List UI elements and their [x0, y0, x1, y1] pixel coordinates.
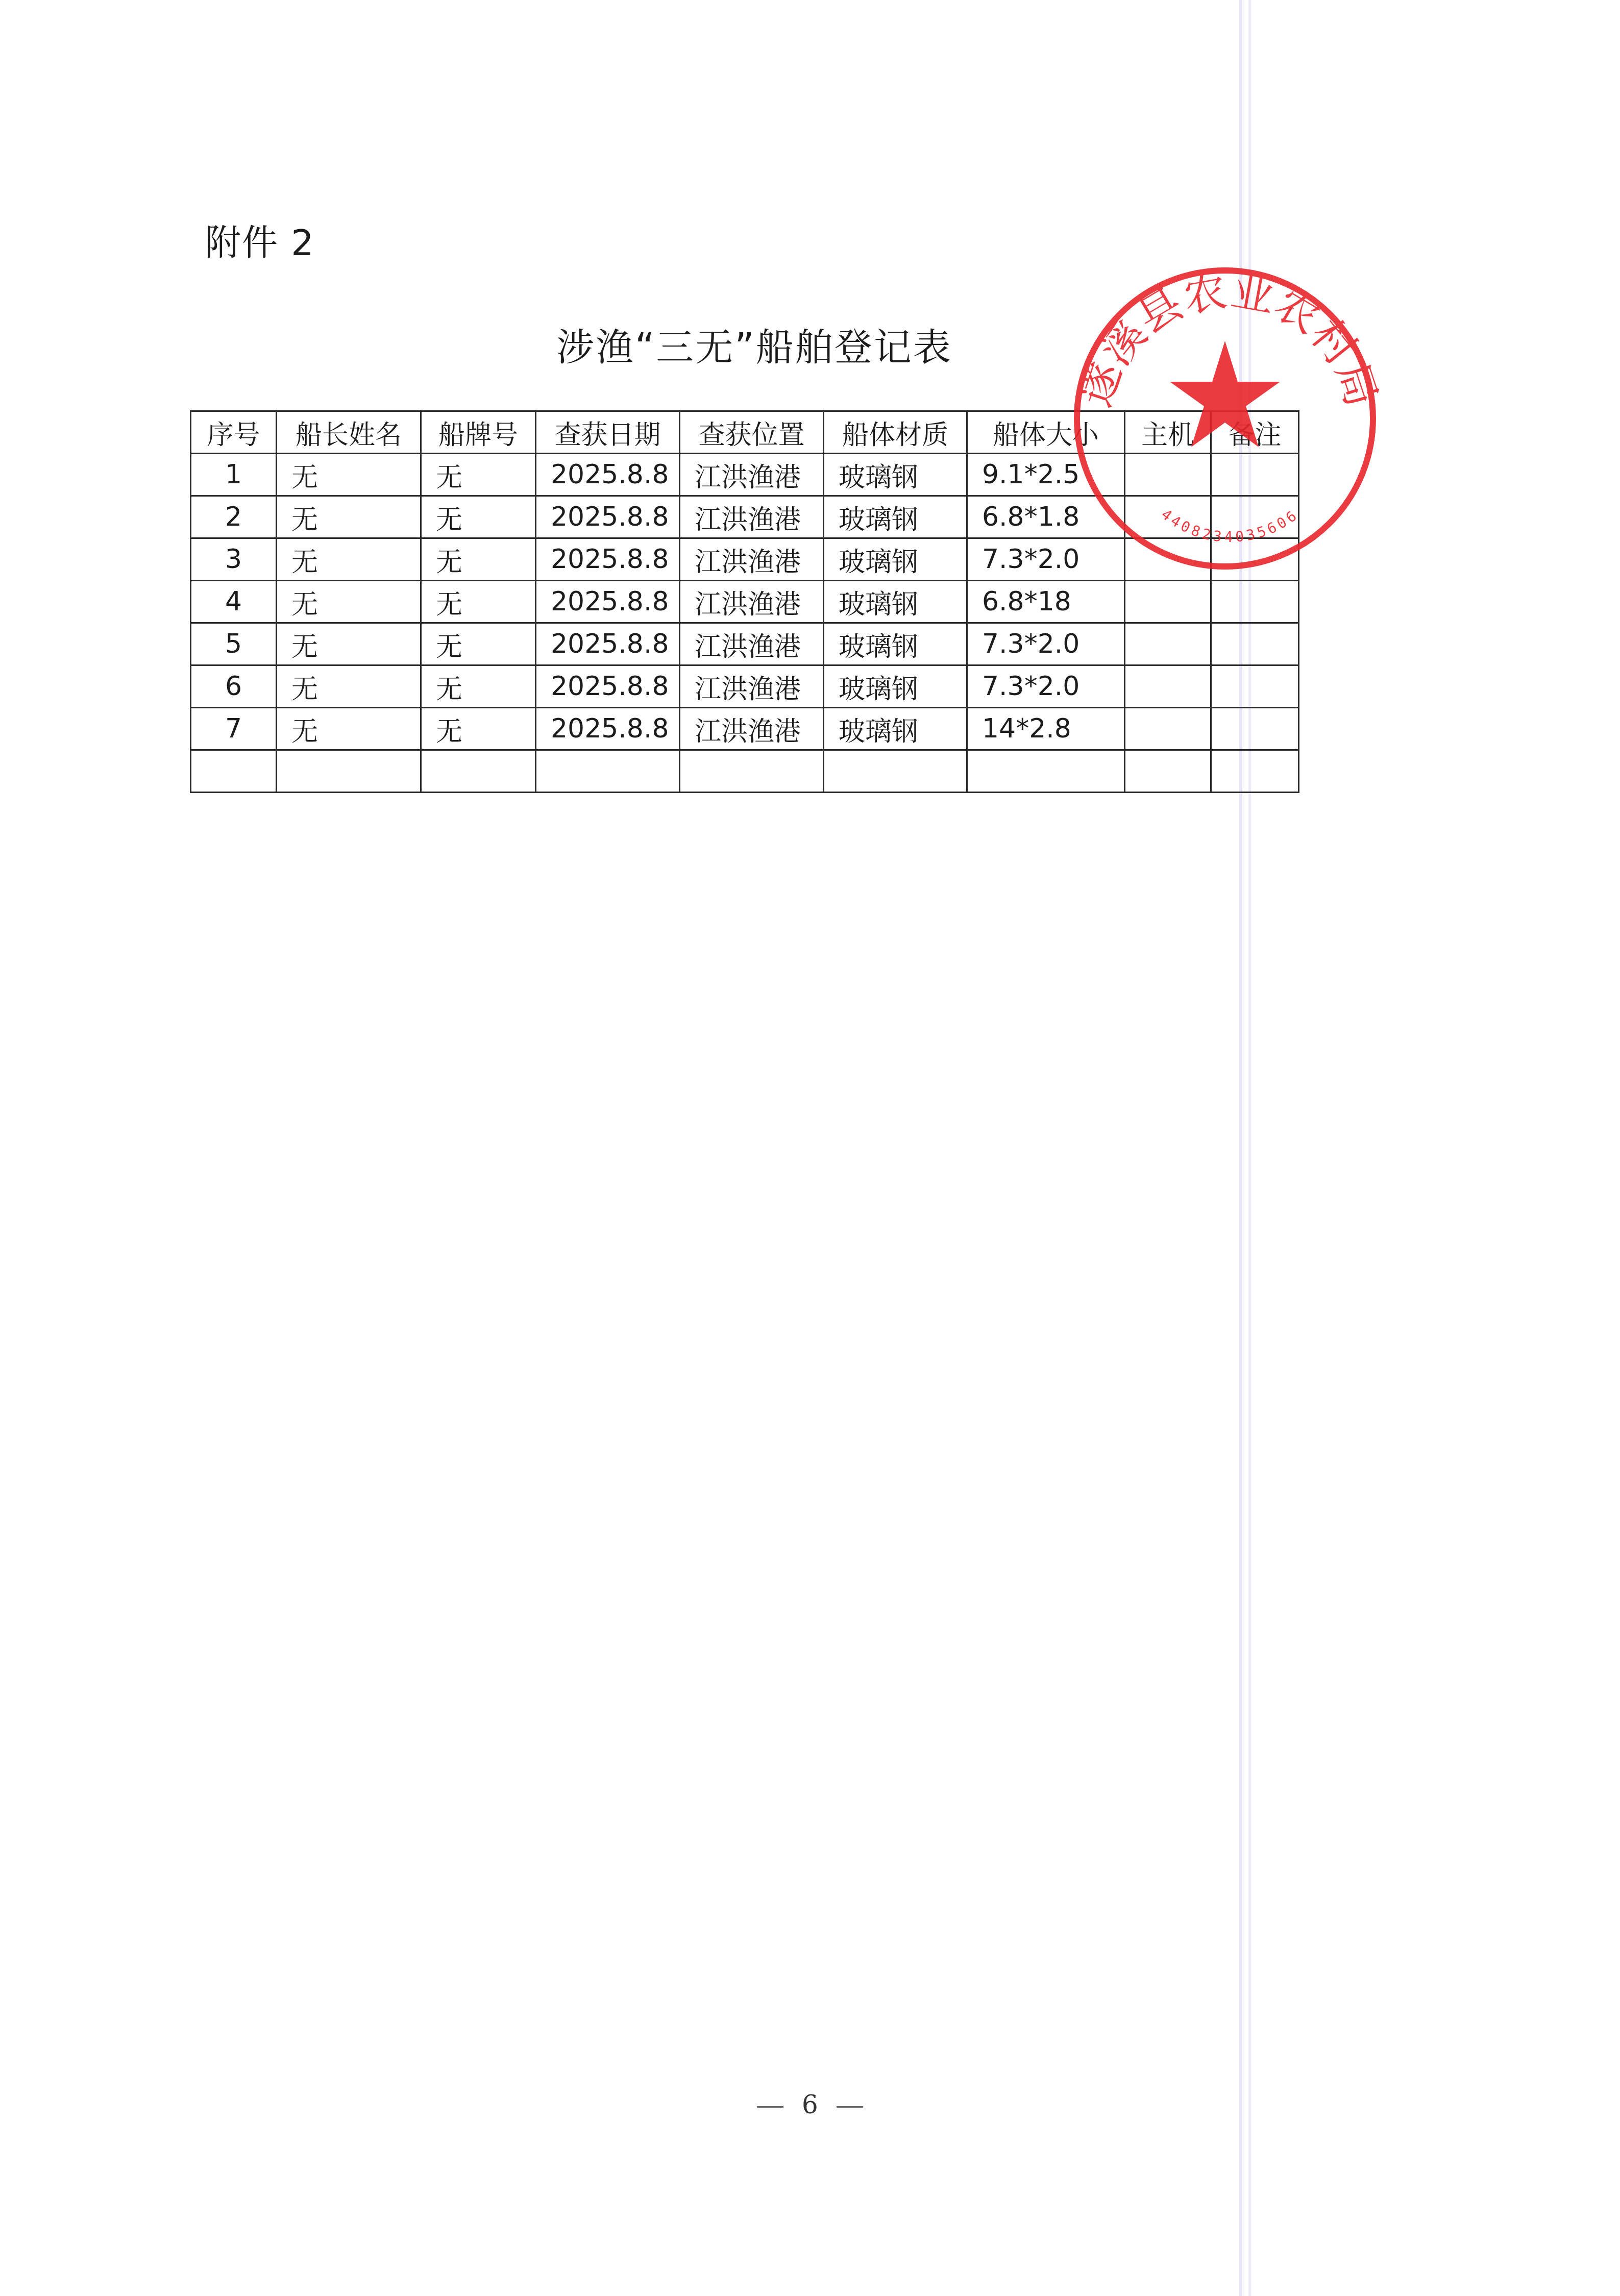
table-row [191, 750, 1299, 793]
header-seizure-date: 查获日期 [536, 411, 680, 454]
cell-plate-number: 无 [421, 665, 536, 708]
cell-plate-number: 无 [421, 708, 536, 750]
table-row: 3无无2025.8.8江洪渔港玻璃钢7.3*2.0 [191, 538, 1299, 581]
cell-seizure-date [536, 750, 680, 793]
cell-seizure-location: 江洪渔港 [680, 581, 824, 623]
cell-seizure-location: 江洪渔港 [680, 538, 824, 581]
cell-seizure-location: 江洪渔港 [680, 708, 824, 750]
stamp-org-text: 遂溪县农业农村局 [1070, 265, 1387, 412]
cell-hull-material: 玻璃钢 [824, 496, 967, 538]
cell-plate-number: 无 [421, 496, 536, 538]
cell-serial: 1 [191, 454, 277, 496]
header-serial: 序号 [191, 411, 277, 454]
cell-seizure-location: 江洪渔港 [680, 623, 824, 665]
dash-left [757, 2106, 783, 2108]
cell-seizure-date: 2025.8.8 [536, 496, 680, 538]
table-row: 4无无2025.8.8江洪渔港玻璃钢6.8*18 [191, 581, 1299, 623]
attachment-label: 附件 2 [205, 214, 315, 266]
cell-seizure-date: 2025.8.8 [536, 454, 680, 496]
cell-seizure-date: 2025.8.8 [536, 538, 680, 581]
cell-seizure-date: 2025.8.8 [536, 623, 680, 665]
cell-hull-size: 7.3*2.0 [967, 538, 1125, 581]
cell-seizure-location: 江洪渔港 [680, 496, 824, 538]
header-hull-material: 船体材质 [824, 411, 967, 454]
cell-hull-material: 玻璃钢 [824, 581, 967, 623]
cell-serial: 3 [191, 538, 277, 581]
cell-seizure-location: 江洪渔港 [680, 454, 824, 496]
cell-seizure-location [680, 750, 824, 793]
cell-serial [191, 750, 277, 793]
cell-hull-size: 7.3*2.0 [967, 665, 1125, 708]
cell-hull-material: 玻璃钢 [824, 708, 967, 750]
cell-remarks [1211, 496, 1299, 538]
header-main-engine: 主机 [1125, 411, 1211, 454]
cell-captain-name: 无 [277, 454, 421, 496]
table-row: 1无无2025.8.8江洪渔港玻璃钢9.1*2.5 [191, 454, 1299, 496]
cell-remarks [1211, 454, 1299, 496]
header-hull-size: 船体大小 [967, 411, 1125, 454]
document-title: 涉渔“三无”船舶登记表 [556, 317, 952, 372]
cell-captain-name: 无 [277, 538, 421, 581]
header-remarks: 备注 [1211, 411, 1299, 454]
cell-plate-number: 无 [421, 538, 536, 581]
cell-seizure-date: 2025.8.8 [536, 665, 680, 708]
cell-main-engine [1125, 454, 1211, 496]
table-row: 5无无2025.8.8江洪渔港玻璃钢7.3*2.0 [191, 623, 1299, 665]
cell-hull-size: 14*2.8 [967, 708, 1125, 750]
cell-serial: 4 [191, 581, 277, 623]
cell-hull-size [967, 750, 1125, 793]
cell-plate-number: 无 [421, 623, 536, 665]
table-row: 2无无2025.8.8江洪渔港玻璃钢6.8*1.8 [191, 496, 1299, 538]
cell-plate-number: 无 [421, 581, 536, 623]
page-number: 6 [802, 2090, 818, 2119]
cell-main-engine [1125, 708, 1211, 750]
header-captain-name: 船长姓名 [277, 411, 421, 454]
cell-hull-material [824, 750, 967, 793]
cell-seizure-location: 江洪渔港 [680, 665, 824, 708]
header-seizure-location: 查获位置 [680, 411, 824, 454]
cell-captain-name [277, 750, 421, 793]
cell-hull-size: 6.8*18 [967, 581, 1125, 623]
svg-text:遂溪县农业农村局: 遂溪县农业农村局 [1070, 265, 1387, 412]
table-row: 6无无2025.8.8江洪渔港玻璃钢7.3*2.0 [191, 665, 1299, 708]
cell-serial: 7 [191, 708, 277, 750]
cell-captain-name: 无 [277, 623, 421, 665]
header-plate-number: 船牌号 [421, 411, 536, 454]
cell-hull-material: 玻璃钢 [824, 538, 967, 581]
vessel-register-table: 序号 船长姓名 船牌号 查获日期 查获位置 船体材质 船体大小 主机 备注 1无… [190, 410, 1299, 793]
cell-main-engine [1125, 750, 1211, 793]
cell-remarks [1211, 750, 1299, 793]
cell-main-engine [1125, 538, 1211, 581]
scan-artifact-line [1248, 0, 1251, 2296]
cell-plate-number: 无 [421, 454, 536, 496]
cell-serial: 6 [191, 665, 277, 708]
cell-main-engine [1125, 496, 1211, 538]
cell-serial: 5 [191, 623, 277, 665]
table-row: 7无无2025.8.8江洪渔港玻璃钢14*2.8 [191, 708, 1299, 750]
scan-artifact-line [1239, 0, 1242, 2296]
table-header-row: 序号 船长姓名 船牌号 查获日期 查获位置 船体材质 船体大小 主机 备注 [191, 411, 1299, 454]
cell-main-engine [1125, 581, 1211, 623]
cell-main-engine [1125, 623, 1211, 665]
cell-hull-material: 玻璃钢 [824, 623, 967, 665]
cell-remarks [1211, 623, 1299, 665]
cell-hull-material: 玻璃钢 [824, 665, 967, 708]
cell-hull-size: 7.3*2.0 [967, 623, 1125, 665]
page-footer: 6 [0, 2090, 1620, 2119]
cell-captain-name: 无 [277, 708, 421, 750]
cell-remarks [1211, 708, 1299, 750]
cell-captain-name: 无 [277, 581, 421, 623]
cell-hull-size: 9.1*2.5 [967, 454, 1125, 496]
cell-hull-material: 玻璃钢 [824, 454, 967, 496]
cell-main-engine [1125, 665, 1211, 708]
cell-hull-size: 6.8*1.8 [967, 496, 1125, 538]
cell-plate-number [421, 750, 536, 793]
cell-serial: 2 [191, 496, 277, 538]
cell-seizure-date: 2025.8.8 [536, 581, 680, 623]
cell-captain-name: 无 [277, 665, 421, 708]
dash-right [837, 2106, 863, 2108]
cell-captain-name: 无 [277, 496, 421, 538]
cell-seizure-date: 2025.8.8 [536, 708, 680, 750]
cell-remarks [1211, 665, 1299, 708]
cell-remarks [1211, 538, 1299, 581]
cell-remarks [1211, 581, 1299, 623]
